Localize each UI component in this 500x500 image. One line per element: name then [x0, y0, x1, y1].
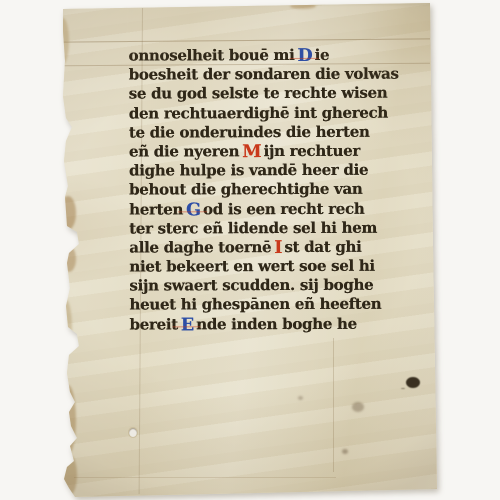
line-text-post: st dat ghi — [284, 238, 361, 256]
edge-stain — [62, 246, 76, 272]
ink-blot — [406, 377, 420, 388]
illuminated-initial: I — [271, 238, 284, 258]
line-text-pre: bereit — [129, 315, 177, 333]
ruling-line-vertical-right — [333, 338, 334, 472]
manuscript-text-line: eñ die nyerenMijn rechtuer — [129, 141, 441, 161]
ruling-line-horizontal-top — [63, 38, 430, 42]
small-speck — [342, 449, 348, 454]
manuscript-text-line: boesheit der sondaren die volwas — [129, 65, 441, 85]
edge-stain — [60, 385, 76, 455]
ruling-line-horizontal-bottom — [74, 477, 336, 478]
illuminated-initial: D — [294, 46, 314, 66]
manuscript-text-line: alle daghe toernēIst dat ghi — [129, 237, 441, 257]
line-text-pre: eñ die nyeren — [129, 142, 239, 160]
photo-backdrop: onnoselheit bouē miDie boesheit der sond… — [0, 0, 500, 500]
manuscript-text-line: ter sterc eñ lidende sel hi hem — [129, 218, 441, 238]
manuscript-text-line: hertenGod is een recht rech — [129, 199, 441, 219]
manuscript-text-line: te die onderuindes die herten — [129, 122, 441, 142]
leaf-shadow: onnoselheit bouē miDie boesheit der sond… — [0, 0, 500, 500]
illuminated-initial: G — [183, 200, 203, 220]
manuscript-text-line: behout die gherechtighe van — [129, 180, 441, 200]
line-text-pre: dighe hulpe is vandē heer die — [129, 161, 368, 180]
line-text-pre: heuet hi ghespānen eñ heeften — [129, 295, 381, 314]
line-text-post: nde inden boghe he — [196, 314, 357, 333]
line-text-pre: alle daghe toernē — [129, 238, 271, 256]
manuscript-text-line: bereitEnde inden boghe he — [129, 314, 441, 334]
manuscript-text-line: dighe hulpe is vandē heer die — [129, 161, 441, 181]
line-text-pre: se du god selste te rechte wisen — [129, 84, 388, 103]
illuminated-initial: M — [239, 142, 263, 162]
line-text-pre: herten — [129, 200, 183, 218]
line-text-pre: sijn swaert scudden. sij boghe — [129, 276, 373, 295]
manuscript-leaf: onnoselheit bouē miDie boesheit der sond… — [0, 0, 500, 500]
manuscript-text-line: niet bekeert en wert soe sel hi — [129, 257, 441, 277]
line-text-pre: den rechtuaerdighē int gherech — [129, 103, 388, 122]
edge-stain — [60, 300, 72, 356]
line-text-pre: onnoselheit bouē mi — [128, 46, 294, 65]
line-text-pre: niet bekeert en wert soe sel hi — [129, 257, 375, 276]
small-smudge — [352, 402, 364, 412]
manuscript-text-line: onnoselheit bouē miDie — [128, 45, 440, 65]
line-text-pre: behout die gherechtighe van — [129, 180, 362, 199]
manuscript-text-line: den rechtuaerdighē int gherech — [129, 103, 441, 123]
manuscript-text-line: se du god selste te rechte wisen — [129, 84, 441, 104]
edge-stain — [60, 196, 76, 230]
manuscript-text-line: heuet hi ghespānen eñ heeften — [129, 295, 441, 315]
illuminated-initial: E — [178, 315, 196, 335]
edge-stain — [63, 455, 77, 495]
line-text-pre: te die onderuindes die herten — [129, 122, 370, 141]
line-text-post: od is een recht rech — [203, 199, 364, 218]
line-text-pre: boesheit der sondaren die volwas — [129, 65, 399, 84]
manuscript-text-line: sijn swaert scudden. sij boghe — [129, 276, 441, 296]
line-text-pre: ter sterc eñ lidende sel hi hem — [129, 218, 377, 237]
line-text-post: ie — [315, 46, 330, 64]
line-text-post: ijn rechtuer — [263, 142, 359, 160]
parchment-hole — [129, 428, 137, 437]
text-block: onnoselheit bouē miDie boesheit der sond… — [128, 45, 441, 334]
small-speck — [298, 396, 303, 400]
top-edge-stain — [290, 3, 316, 9]
